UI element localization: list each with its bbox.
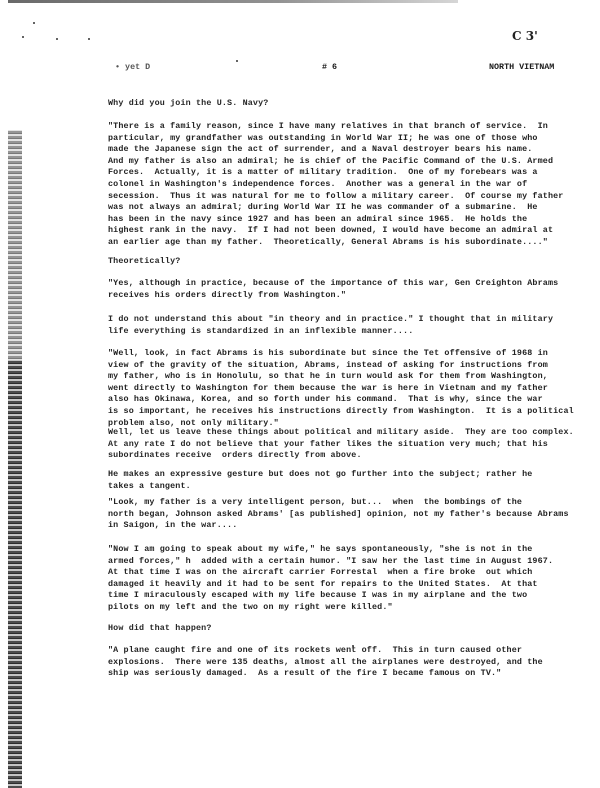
text-line: At any rate I do not believe that your f… [108,439,598,451]
text-line: armed forces," h added with a certain hu… [108,556,598,568]
text-line: Well, let us leave these things about po… [108,427,598,439]
answer-paragraph: "There is a family reason, since I have … [108,121,598,249]
question-paragraph: I do not understand this about "in theor… [108,314,598,337]
header-left: • yet D [115,62,150,72]
text-line: I do not understand this about "in theor… [108,314,598,326]
question-paragraph: Why did you join the U.S. Navy? [108,98,598,110]
text-line: Theoretically? [108,256,598,268]
question-paragraph: How did that happen? [108,623,598,635]
text-line: "Look, my father is a very intelligent p… [108,497,598,509]
text-line: explosions. There were 135 deaths, almos… [108,657,598,669]
scan-speck [22,36,24,38]
text-line: was not always an admiral; during World … [108,202,598,214]
header-right: NORTH VIETNAM [489,62,554,72]
answer-paragraph: "Well, look, in fact Abrams is his subor… [108,348,598,429]
text-line: has been in the navy since 1927 and has … [108,214,598,226]
text-line: Forces. Actually, it is a matter of mili… [108,167,598,179]
text-line: "Well, look, in fact Abrams is his subor… [108,348,598,360]
text-line: "A plane caught fire and one of its rock… [108,645,598,657]
scan-edge-top [8,0,458,3]
text-line: particular, my grandfather was outstandi… [108,133,598,145]
text-line: made the Japanese sign the act of surren… [108,144,598,156]
text-line: highest rank in the navy. If I had not b… [108,225,598,237]
text-line: At that time I was on the aircraft carri… [108,567,598,579]
text-line: in Saigon, in the war.... [108,520,598,532]
text-line: damaged it heavily and it had to be sent… [108,579,598,591]
text-line: view of the gravity of the situation, Ab… [108,360,598,372]
text-line: ship was seriously damaged. As a result … [108,668,598,680]
text-line: north began, Johnson asked Abrams' [as p… [108,509,598,521]
text-line: went directly to Washington for them bec… [108,383,598,395]
scan-speck [88,38,90,40]
text-line: an earlier age than my father. Theoretic… [108,237,598,249]
text-line: is so important, he receives his instruc… [108,406,598,418]
question-paragraph: Well, let us leave these things about po… [108,427,598,462]
text-line: colonel in Washington's independence for… [108,179,598,191]
corner-handwritten-mark: C 3' [512,29,538,43]
scan-speck [236,60,238,62]
text-line: also has Okinawa, Korea, and so forth un… [108,394,598,406]
answer-paragraph: "Look, my father is a very intelligent p… [108,497,598,532]
question-paragraph: Theoretically? [108,256,598,268]
text-line: He makes an expressive gesture but does … [108,469,598,481]
text-line: secession. Thus it was natural for me to… [108,191,598,203]
text-line: "Now I am going to speak about my wife,"… [108,544,598,556]
answer-paragraph: "A plane caught fire and one of its rock… [108,645,598,680]
scan-speck [33,22,35,24]
text-line: "Yes, although in practice, because of t… [108,278,598,290]
text-line: time I miraculously escaped with my life… [108,590,598,602]
scan-edge-left-dense [8,360,22,788]
text-line: my father, who is in Honolulu, so that h… [108,371,598,383]
text-line: subordinates receive orders directly fro… [108,450,598,462]
answer-paragraph: "Yes, although in practice, because of t… [108,278,598,301]
text-line: And my father is also an admiral; he is … [108,156,598,168]
text-line: "There is a family reason, since I have … [108,121,598,133]
text-line: takes a tangent. [108,481,598,493]
text-line: pilots on my left and the two on my righ… [108,602,598,614]
text-line: receives his orders directly from Washin… [108,290,598,302]
answer-paragraph: "Now I am going to speak about my wife,"… [108,544,598,614]
text-line: Why did you join the U.S. Navy? [108,98,598,110]
scan-speck [56,38,58,40]
narration-paragraph: He makes an expressive gesture but does … [108,469,598,492]
text-line: life everything is standardized in an in… [108,326,598,338]
text-line: How did that happen? [108,623,598,635]
page-number: # 6 [322,62,337,72]
